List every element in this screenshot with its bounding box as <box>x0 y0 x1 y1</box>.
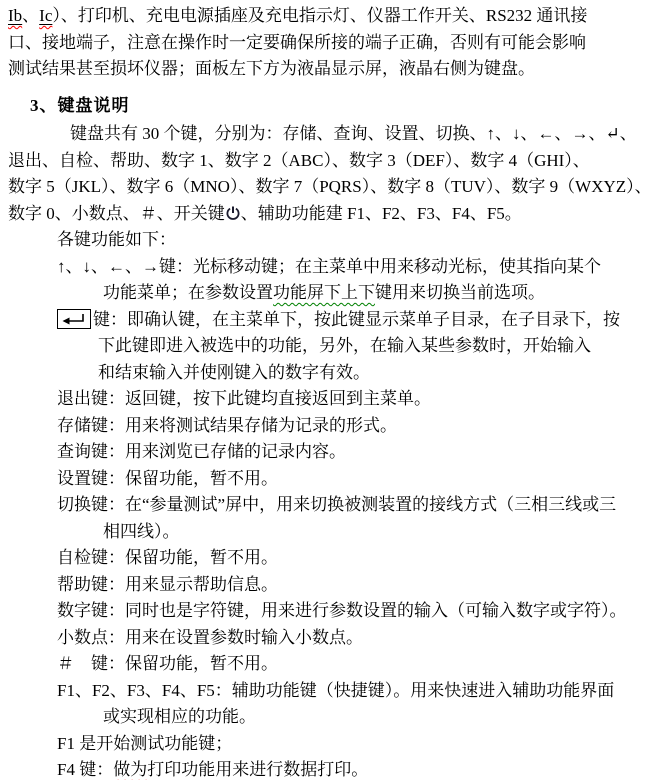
intro-paragraph-line-1: Ib、Ic）、打印机、充电电源插座及充电指示灯、仪器工作开关、RS232 通讯接 <box>8 3 643 30</box>
key-item-digits: 数字键：同时也是字符键，用来进行参数设置的输入（可输入数字或字符）。 <box>8 598 643 625</box>
key-item-exit: 退出键：返回键，按下此键均直接返回到主菜单。 <box>8 386 643 413</box>
key-item-arrows-line-2: 功能菜单；在参数设置功能屏下上下键用来切换当前选项。 <box>8 280 643 307</box>
spellcheck-term-ic: Ic <box>39 6 52 25</box>
overview-line4-before-power: 数字 0、小数点、＃、开关键 <box>8 204 225 223</box>
key-item-hash: ＃ 键：保留功能，暂不用。 <box>8 651 643 678</box>
key-item-decimal: 小数点：用来在设置参数时输入小数点。 <box>8 625 643 652</box>
power-icon <box>225 204 241 231</box>
functions-intro: 各键功能如下： <box>8 227 643 254</box>
key-item-setting: 设置键：保留功能，暂不用。 <box>8 466 643 493</box>
grammar-check-segment: 功能屏下上下 <box>273 283 375 302</box>
keyboard-overview-line-4: 数字 0、小数点、＃、开关键、辅助功能建 F1、F2、F3、F4、F5。 <box>8 201 643 228</box>
key-item-fkeys-line-2: 或实现相应的功能。 <box>8 704 643 731</box>
enter-line1-text: 键：即确认键，在主菜单下，按此键显示菜单子目录，在子目录下，按 <box>93 310 620 329</box>
spellcheck-term-ib: Ib <box>8 6 22 25</box>
arrows-line2-after: 键用来切换当前选项。 <box>375 283 545 302</box>
key-item-help: 帮助键：用来显示帮助信息。 <box>8 572 643 599</box>
keyboard-overview-line-1: 键盘共有 30 个键，分别为：存储、查询、设置、切换、↑、↓、←、→、↵、 <box>8 121 643 148</box>
intro-separator: 、 <box>22 6 39 25</box>
document-page: Ib、Ic）、打印机、充电电源插座及充电指示灯、仪器工作开关、RS232 通讯接… <box>0 0 649 780</box>
key-item-query: 查询键：用来浏览已存储的记录内容。 <box>8 439 643 466</box>
key-item-arrows-line-1: ↑、↓、←、→键：光标移动键；在主菜单中用来移动光标，使其指向某个 <box>8 254 643 281</box>
intro-paragraph-line-3: 测试结果甚至损坏仪器；面板左下方为液晶显示屏，液晶右侧为键盘。 <box>8 56 643 83</box>
f4-before: F4 键： <box>57 760 113 779</box>
section-heading: 3、键盘说明 <box>8 93 643 120</box>
key-item-enter-line-3: 和结束输入并使刚键入的数字有效。 <box>8 360 643 387</box>
f4-after: 打印功能用来进行数据打印。 <box>147 760 368 779</box>
key-item-selfcheck: 自检键：保留功能，暂不用。 <box>8 545 643 572</box>
keyboard-overview-line-2: 退出、自检、帮助、数字 1、数字 2（ABC）、数字 3（DEF）、数字 4（G… <box>8 148 643 175</box>
key-item-store: 存储键：用来将测试结果存储为记录的形式。 <box>8 413 643 440</box>
overview-line4-after-power: 、辅助功能建 F1、F2、F3、F4、F5。 <box>241 204 522 223</box>
keyboard-overview-line-3: 数字 5（JKL）、数字 6（MNO）、数字 7（PQRS）、数字 8（TUV）… <box>8 174 643 201</box>
key-item-f4: F4 键：做为打印功能用来进行数据打印。 <box>8 757 643 780</box>
key-item-fkeys-line-1: F1、F2、F3、F4、F5：辅助功能键（快捷键）。用来快速进入辅助功能界面 <box>8 678 643 705</box>
key-item-enter-line-1: 键：即确认键，在主菜单下，按此键显示菜单子目录，在子目录下，按 <box>8 307 643 334</box>
arrows-line2-before: 功能菜单；在参数设置 <box>103 283 273 302</box>
intro-paragraph-line-2: 口、接地端子，注意在操作时一定要确保所接的端子正确，否则有可能会影响 <box>8 30 643 57</box>
key-item-enter-line-2: 下此键即进入被选中的功能，另外，在输入某些参数时，开始输入 <box>8 333 643 360</box>
enter-key-icon <box>57 309 91 338</box>
key-item-switch-line-1: 切换键：在“参量测试”屏中，用来切换被测装置的接线方式（三相三线或三 <box>8 492 643 519</box>
key-item-f1: F1 是开始测试功能键； <box>8 731 643 758</box>
spellcheck-term-zuowei: 做为 <box>113 760 147 779</box>
intro-line1-rest: ）、打印机、充电电源插座及充电指示灯、仪器工作开关、RS232 通讯接 <box>52 6 587 25</box>
key-item-switch-line-2: 相四线）。 <box>8 519 643 546</box>
